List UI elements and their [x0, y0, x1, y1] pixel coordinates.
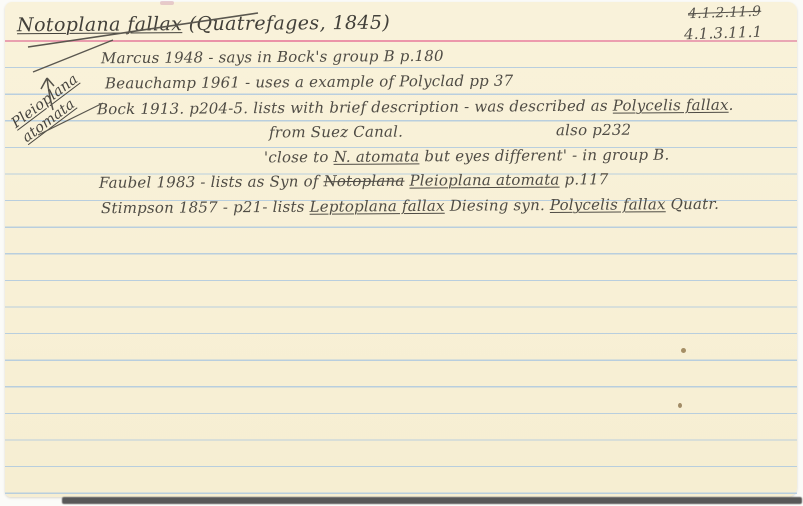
text-segment: Pleioplana atomata [409, 171, 559, 190]
scanned-index-card-page: Notoplana fallax (Quatrefages, 1845) 4.1… [0, 0, 803, 506]
text-segment: Stimpson 1857 - p21- lists [101, 198, 310, 217]
note-beauchamp-1961: Beauchamp 1961 - uses a example of Polyc… [105, 72, 513, 93]
text-segment: Bock 1913. p204-5. lists with brief desc… [97, 97, 613, 119]
text-segment: Faubel 1983 - lists as Syn of [99, 172, 324, 192]
text-segment: (Quatrefages, 1845) [182, 12, 390, 35]
text-segment: N. atomata [333, 147, 419, 166]
paper-speck [681, 348, 686, 353]
catalog-number-old: 4.1.2.11.9 [688, 4, 762, 23]
text-segment: Polycelis fallax [550, 195, 666, 214]
paper-speck [678, 403, 682, 408]
note-also-page: also p232 [556, 121, 631, 140]
text-segment: p.117 [559, 170, 608, 188]
text-segment: Polycelis fallax [613, 96, 729, 115]
note-close-to-atomata: 'close to N. atomata but eyes different'… [264, 146, 670, 167]
note-marcus-1948: Marcus 1948 - says in Bock's group B p.1… [101, 47, 444, 67]
text-segment: 'close to [264, 148, 334, 166]
card-bottom-shadow [62, 497, 802, 504]
note-faubel-1983: Faubel 1983 - lists as Syn of Notoplana … [99, 170, 609, 192]
text-segment: Quatr. [666, 195, 720, 213]
text-segment: Leptoplana fallax [310, 197, 445, 216]
text-segment: Beauchamp 1961 - uses a example of Polyc… [105, 72, 513, 93]
text-segment: Marcus 1948 - says in Bock's group B p.1… [101, 47, 444, 67]
red-header-rule [5, 40, 797, 42]
text-segment: Diesing syn. [445, 196, 550, 215]
text-segment: from Suez Canal. [269, 123, 403, 142]
text-segment: Notoplana [323, 172, 404, 191]
card-title: Notoplana fallax (Quatrefages, 1845) [17, 12, 390, 37]
text-segment: but eyes different' - in group B. [419, 146, 669, 166]
text-segment: Notoplana fallax [17, 13, 182, 36]
text-segment: . [729, 96, 734, 114]
text-segment: also p232 [556, 121, 631, 140]
catalog-number-new: 4.1.3.11.1 [684, 23, 763, 44]
ink-smudge [160, 1, 174, 5]
note-suez-canal: from Suez Canal. [269, 123, 403, 142]
